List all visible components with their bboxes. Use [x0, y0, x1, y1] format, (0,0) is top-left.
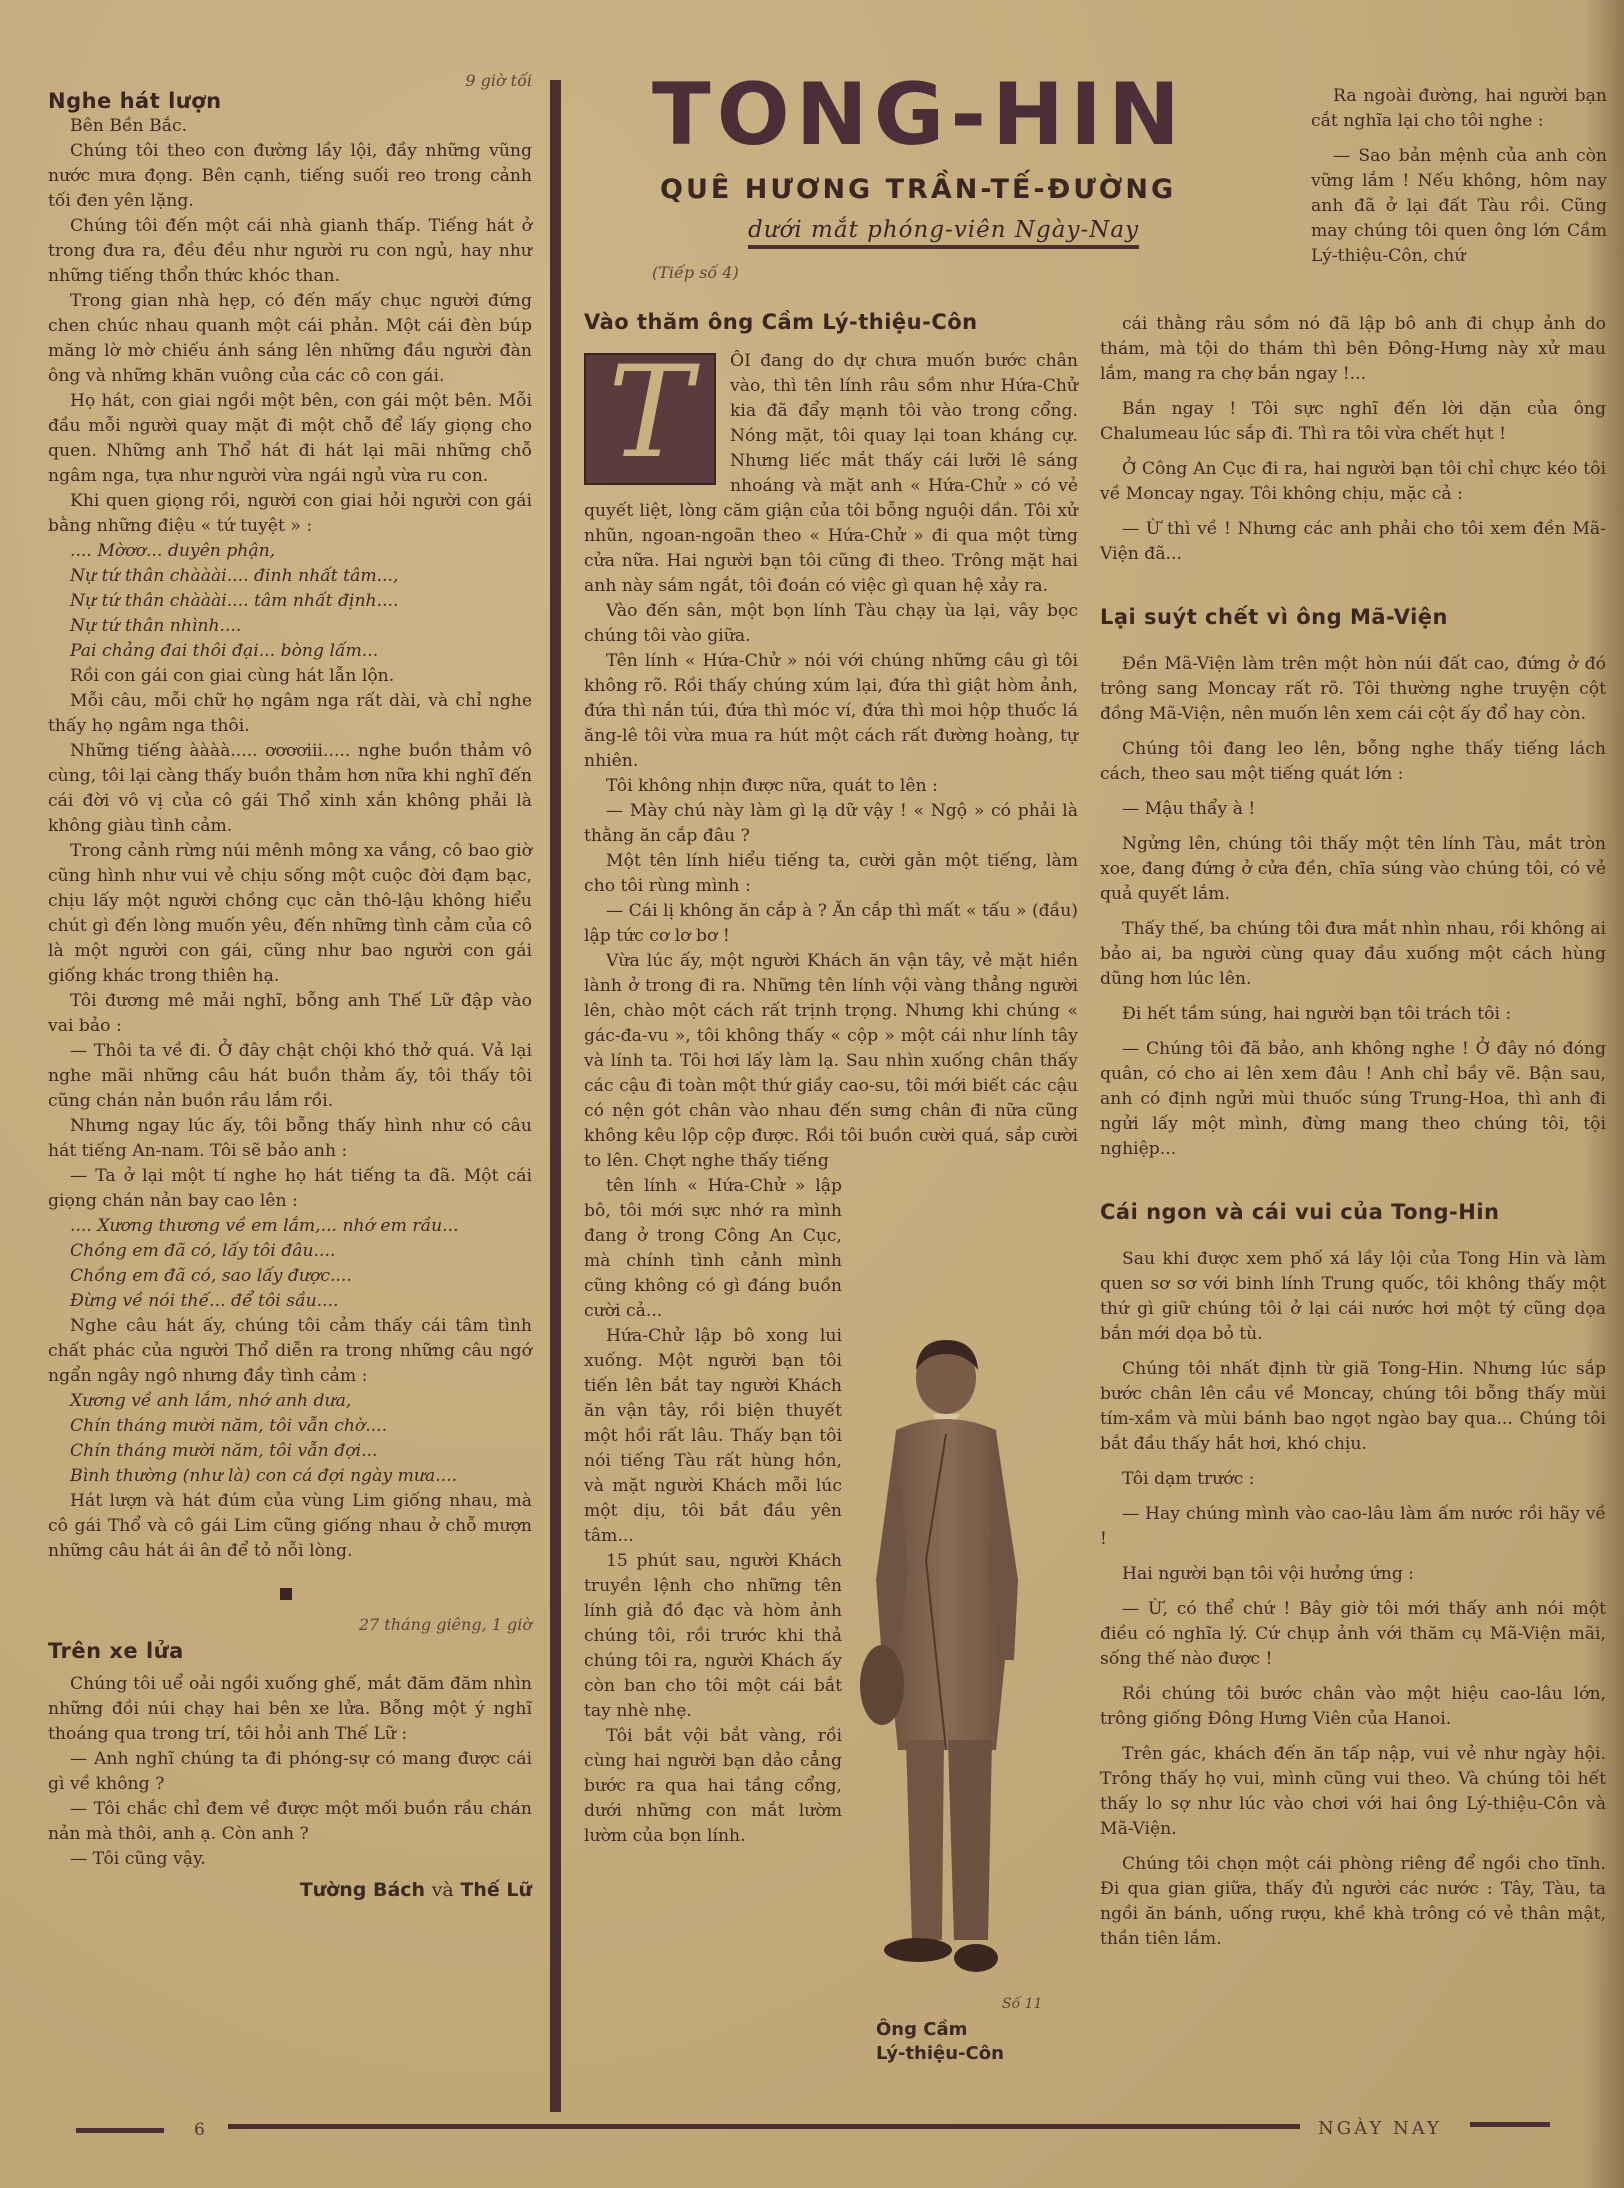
author-conjunction: và — [432, 1879, 454, 1901]
heading-vao-tham: Vào thăm ông Cầm Lý-thiệu-Côn — [584, 310, 1078, 335]
verse-line: Đừng về nói thế... để tôi sầu.... — [48, 1289, 532, 1314]
author-name: Thế Lữ — [460, 1879, 532, 1901]
paragraph: Mỗi câu, mỗi chữ họ ngâm nga rất dài, và… — [48, 689, 532, 739]
left-column: 9 giờ tối Nghe hát lượn Bên Bền Bắc.Chún… — [48, 68, 532, 1903]
section-paragraphs: Hát lượn và hát đúm của vùng Lim giống n… — [48, 1489, 532, 1564]
paragraph: cái thằng râu sồm nó đã lập bô anh đi ch… — [1100, 312, 1606, 387]
paragraph: Rồi chúng tôi bước chân vào một hiệu cao… — [1100, 1682, 1606, 1732]
author-byline: Tường Bách và Thế Lữ — [48, 1878, 532, 1903]
section-paragraphs: Bên Bền Bắc.Chúng tôi theo con đường lầy… — [48, 114, 532, 539]
paragraph: Chúng tôi đến một cái nhà gianh thấp. Ti… — [48, 214, 532, 289]
footer-rule-left — [76, 2128, 164, 2133]
paragraph: Họ hát, con giai ngồi một bên, con gái m… — [48, 389, 532, 489]
verse-line: Chồng em đã có, lấy tôi đâu.... — [48, 1239, 532, 1264]
photo-caption: Ông Cầm Lý-thiệu-Côn — [876, 2018, 1004, 2066]
paragraph: Vừa lúc ấy, một người Khách ăn vận tây, … — [584, 949, 1078, 1174]
photo-number: Số 11 — [1002, 1996, 1042, 2012]
section-paragraphs-narrow: tên lính « Hứa-Chử » lập bô, tôi mới sực… — [584, 1174, 842, 1849]
paragraph: Ra ngoài đường, hai người bạn cắt nghĩa … — [1311, 84, 1607, 134]
man-in-suit-icon — [846, 1330, 1056, 1980]
paragraph: — Mậu thẩy à ! — [1100, 797, 1606, 822]
section-paragraphs: Đền Mã-Viện làm trên một hòn núi đất cao… — [1100, 652, 1606, 1162]
paragraph: — Cái lị không ăn cắp à ? Ăn cắp thì mất… — [584, 899, 1078, 949]
footer-rule-right — [1470, 2122, 1550, 2127]
author-name: Tường Bách — [300, 1879, 425, 1901]
paragraph: Chúng tôi đang leo lên, bỗng nghe thấy t… — [1100, 737, 1606, 787]
paragraph: Đền Mã-Viện làm trên một hòn núi đất cao… — [1100, 652, 1606, 727]
paragraph: Ngửng lên, chúng tôi thấy một tên lính T… — [1100, 832, 1606, 907]
newspaper-page: 9 giờ tối Nghe hát lượn Bên Bền Bắc.Chún… — [0, 0, 1624, 2188]
heading-nghe-hat-luon: Nghe hát lượn — [48, 89, 532, 114]
paragraph: Ở Công An Cục đi ra, hai người bạn tôi c… — [1100, 457, 1606, 507]
section-paragraphs: Sau khi được xem phố xá lầy lội của Tong… — [1100, 1247, 1606, 1952]
verse-line: .... Xương thương về em lắm,... nhớ em r… — [48, 1214, 532, 1239]
paragraph: Trên gác, khách đến ăn tấp nập, vui vẻ n… — [1100, 1742, 1606, 1842]
article-title: TONG-HIN — [652, 70, 1210, 160]
paragraph: Nhưng ngay lúc ấy, tôi bỗng thấy hình nh… — [48, 1114, 532, 1164]
verse-line: Bình thường (như là) con cá đợi ngày mưa… — [48, 1464, 532, 1489]
paragraph: Tôi bắt vội bắt vàng, rồi cùng hai người… — [584, 1724, 842, 1849]
paragraph: — Hay chúng mình vào cao-lâu làm ấm nước… — [1100, 1502, 1606, 1552]
paragraph: Hai người bạn tôi vội hưởng ứng : — [1100, 1562, 1606, 1587]
paragraph: — Ừ thì về ! Nhưng các anh phải cho tôi … — [1100, 517, 1606, 567]
verse-block: Xương về anh lắm, nhớ anh dưa,Chín tháng… — [48, 1389, 532, 1489]
heading-tren-xe-lua: Trên xe lửa — [48, 1639, 532, 1664]
paragraph: — Mày chú này làm gì lạ dữ vậy ! « Ngộ »… — [584, 799, 1078, 849]
caption-line: Ông Cầm — [876, 2018, 1004, 2042]
paragraph: Bắn ngay ! Tôi sực nghĩ đến lời dặn của … — [1100, 397, 1606, 447]
publication-name: NGÀY NAY — [1318, 2118, 1442, 2139]
heading-lai-suyt-chet: Lại suýt chết vì ông Mã-Viện — [1100, 605, 1606, 630]
paragraph: Tên lính « Hứa-Chử » nói với chúng những… — [584, 649, 1078, 774]
section-paragraphs: Ra ngoài đường, hai người bạn cắt nghĩa … — [1311, 84, 1607, 269]
paragraph: 15 phút sau, người Khách truyền lệnh cho… — [584, 1549, 842, 1724]
paragraph: Chúng tôi nhất định từ giã Tong-Hin. Như… — [1100, 1357, 1606, 1457]
paragraph: Rồi con gái con giai cùng hát lẫn lộn. — [48, 664, 532, 689]
paragraph: Chúng tôi theo con đường lầy lội, đầy nh… — [48, 139, 532, 214]
paragraph: — Tôi chắc chỉ đem về được một mối buồn … — [48, 1797, 532, 1847]
paragraph: — Tôi cũng vậy. — [48, 1847, 532, 1872]
verse-line: Chín tháng mười năm, tôi vẫn đợi... — [48, 1439, 532, 1464]
paragraph: Vào đến sân, một bọn lính Tàu chạy ùa lạ… — [584, 599, 1078, 649]
portrait-photo — [846, 1330, 1056, 1980]
verse-block: .... Xương thương về em lắm,... nhớ em r… — [48, 1214, 532, 1314]
column-divider — [550, 80, 561, 2112]
verse-line: Nự tứ thân chààài.... tâm nhất định.... — [48, 589, 532, 614]
section-paragraphs: Nghe câu hát ấy, chúng tôi cảm thấy cái … — [48, 1314, 532, 1389]
verse-line: Chồng em đã có, sao lấy được.... — [48, 1264, 532, 1289]
section-separator-bullet — [280, 1588, 292, 1600]
verse-line: Nự tứ thân nhình.... — [48, 614, 532, 639]
article-title-block: TONG-HIN QUÊ HƯƠNG TRẦN-TẾ-ĐƯỜNG dưới mắ… — [570, 70, 1210, 282]
dropcap-ornament: T — [584, 353, 716, 485]
section-paragraphs: Chúng tôi uể oải ngồi xuống ghế, mắt đăm… — [48, 1672, 532, 1872]
paragraph: — Thôi ta về đi. Ở đây chật chội khó thở… — [48, 1039, 532, 1114]
paragraph: tên lính « Hứa-Chử » lập bô, tôi mới sực… — [584, 1174, 842, 1324]
verse-block: .... Mờơơ... duyên phận,Nự tứ thân chààà… — [48, 539, 532, 664]
paragraph: Tôi đương mê mải nghĩ, bỗng anh Thế Lữ đ… — [48, 989, 532, 1039]
paragraph: Hát lượn và hát đúm của vùng Lim giống n… — [48, 1489, 532, 1564]
paragraph: — Ta ở lại một tí nghe họ hát tiếng ta đ… — [48, 1164, 532, 1214]
paragraph: — Sao bản mệnh của anh còn vững lắm ! Nế… — [1311, 144, 1607, 269]
paragraph: Thấy thế, ba chúng tôi đưa mắt nhìn nhau… — [1100, 917, 1606, 992]
paragraph: Khi quen giọng rồi, người con giai hỏi n… — [48, 489, 532, 539]
dateline-train: 27 tháng giêng, 1 giờ — [48, 1612, 532, 1637]
paragraph: Tôi dạm trước : — [1100, 1467, 1606, 1492]
article-subtitle: QUÊ HƯƠNG TRẦN-TẾ-ĐƯỜNG — [660, 174, 1210, 205]
section-paragraphs: Rồi con gái con giai cùng hát lẫn lộn.Mỗ… — [48, 664, 532, 1214]
paragraph: Trong gian nhà hẹp, có đến mấy chục ngườ… — [48, 289, 532, 389]
verse-line: .... Mờơơ... duyên phận, — [48, 539, 532, 564]
paragraph: Sau khi được xem phố xá lầy lội của Tong… — [1100, 1247, 1606, 1347]
verse-line: Xương về anh lắm, nhớ anh dưa, — [48, 1389, 532, 1414]
paragraph: Một tên lính hiểu tiếng ta, cười gằn một… — [584, 849, 1078, 899]
caption-line: Lý-thiệu-Côn — [876, 2042, 1004, 2066]
right-column: cái thằng râu sồm nó đã lập bô anh đi ch… — [1100, 312, 1606, 1952]
paragraph: Tôi không nhịn được nữa, quát to lên : — [584, 774, 1078, 799]
paragraph: Đi hết tầm súng, hai người bạn tôi trách… — [1100, 1002, 1606, 1027]
paragraph: Bên Bền Bắc. — [48, 114, 532, 139]
verse-line: Nự tứ thân chààài.... đinh nhất tâm..., — [48, 564, 532, 589]
section-paragraphs: cái thằng râu sồm nó đã lập bô anh đi ch… — [1100, 312, 1606, 567]
right-column-top: Ra ngoài đường, hai người bạn cắt nghĩa … — [1311, 84, 1607, 269]
footer-rule-center — [228, 2124, 1300, 2129]
paragraph: Trong cảnh rừng núi mênh mông xa vắng, c… — [48, 839, 532, 989]
paragraph: — Anh nghĩ chúng ta đi phóng-sự có mang … — [48, 1747, 532, 1797]
paragraph: Chúng tôi uể oải ngồi xuống ghế, mắt đăm… — [48, 1672, 532, 1747]
paragraph: Nghe câu hát ấy, chúng tôi cảm thấy cái … — [48, 1314, 532, 1389]
article-byline: dưới mắt phóng-viên Ngày-Nay — [748, 217, 1139, 249]
paragraph: Hứa-Chử lập bô xong lui xuống. Một người… — [584, 1324, 842, 1549]
paragraph: Những tiếng àààà..... ơơơơiii..... nghe … — [48, 739, 532, 839]
verse-line: Chín tháng mười năm, tôi vẫn chờ.... — [48, 1414, 532, 1439]
verse-line: Pai chảng đai thôi đại... bòng lấm... — [48, 639, 532, 664]
section-paragraphs: Vào đến sân, một bọn lính Tàu chạy ùa lạ… — [584, 599, 1078, 1174]
heading-cai-ngon: Cái ngon và cái vui của Tong-Hin — [1100, 1200, 1606, 1225]
opening-paragraph: T ÔI đang do dự chưa muốn bước chân vào,… — [584, 349, 1078, 599]
page-number: 6 — [194, 2120, 205, 2140]
paragraph: Chúng tôi chọn một cái phòng riêng để ng… — [1100, 1852, 1606, 1952]
paragraph: — Ừ, có thể chứ ! Bây giờ tôi mới thấy a… — [1100, 1597, 1606, 1672]
paragraph: — Chúng tôi đã bảo, anh không nghe ! Ở đ… — [1100, 1037, 1606, 1162]
continued-note: (Tiếp số 4) — [652, 263, 1210, 282]
